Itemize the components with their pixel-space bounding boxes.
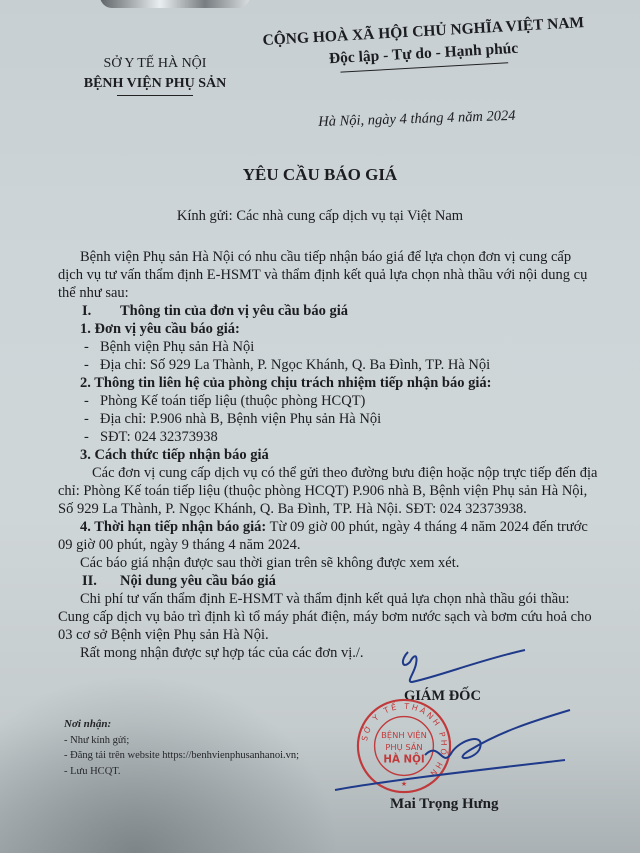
section-2-text: Chi phí tư vấn thẩm định E-HSMT và thẩm … xyxy=(58,590,598,644)
section-2-heading: II.Nội dung yêu cầu báo giá xyxy=(58,572,598,590)
issuer-header: SỞ Y TẾ HÀ NỘI BỆNH VIỆN PHỤ SẢN xyxy=(70,54,240,96)
svg-text:BỆNH VIỆN: BỆNH VIỆN xyxy=(381,729,427,741)
recipient-item: - Đăng tải trên website https://benhvien… xyxy=(64,748,299,764)
organization-name: BỆNH VIỆN PHỤ SẢN xyxy=(70,74,240,94)
document-body: Bệnh viện Phụ sản Hà Nội có nhu cầu tiếp… xyxy=(58,248,598,662)
addressee: Kính gửi: Các nhà cung cấp dịch vụ tại V… xyxy=(0,208,640,225)
recipients-heading: Nơi nhận: xyxy=(64,717,299,733)
list-item: -Phòng Kế toán tiếp liệu (thuộc phòng HC… xyxy=(58,392,598,410)
item-1-heading: 1. Đơn vị yêu cầu báo giá: xyxy=(58,320,598,338)
recipients-block: Nơi nhận: - Như kính gửi; - Đăng tải trê… xyxy=(64,717,299,779)
svg-text:PHỤ SẢN: PHỤ SẢN xyxy=(385,741,422,752)
document-title: YÊU CẦU BÁO GIÁ xyxy=(0,165,640,185)
list-item: -SĐT: 024 32373938 xyxy=(58,428,598,446)
svg-text:★: ★ xyxy=(401,780,407,788)
paper-clip xyxy=(100,0,250,8)
item-4-label: 4. Thời hạn tiếp nhận báo giá: xyxy=(80,519,266,535)
signer-name: Mai Trọng Hưng xyxy=(390,796,498,813)
place-date: Hà Nội, ngày 4 tháng 4 năm 2024 xyxy=(318,108,516,131)
intro-paragraph: Bệnh viện Phụ sản Hà Nội có nhu cầu tiếp… xyxy=(58,248,598,302)
item-3-text: Các đơn vị cung cấp dịch vụ có thể gửi t… xyxy=(58,464,598,518)
closing-line: Rất mong nhận được sự hợp tác của các đơ… xyxy=(58,644,598,662)
list-item: -Bệnh viện Phụ sản Hà Nội xyxy=(58,338,598,356)
svg-text:HÀ NỘI: HÀ NỘI xyxy=(383,753,424,766)
national-header: CỘNG HOÀ XÃ HỘI CHỦ NGHĨA VIỆT NAM Độc l… xyxy=(262,12,584,77)
department-name: SỞ Y TẾ HÀ NỘI xyxy=(70,54,240,74)
section-1-heading: I.Thông tin của đơn vị yêu cầu báo giá xyxy=(58,302,598,320)
header-underline xyxy=(117,95,193,96)
official-stamp: SỞ Y TẾ THÀNH PHỐ HN BỆNH VIỆN PHỤ SẢN H… xyxy=(355,697,453,795)
stamp-seal-icon: SỞ Y TẾ THÀNH PHỐ HN BỆNH VIỆN PHỤ SẢN H… xyxy=(355,697,453,795)
item-4-paragraph: 4. Thời hạn tiếp nhận báo giá: Từ 09 giờ… xyxy=(58,518,598,554)
list-item: -Địa chỉ: P.906 nhà B, Bệnh viện Phụ sản… xyxy=(58,410,598,428)
list-item: -Địa chỉ: Số 929 La Thành, P. Ngọc Khánh… xyxy=(58,356,598,374)
item-4-note: Các báo giá nhận được sau thời gian trên… xyxy=(58,554,598,572)
recipient-item: - Lưu HCQT. xyxy=(64,764,299,780)
item-3-heading: 3. Cách thức tiếp nhận báo giá xyxy=(58,446,598,464)
recipient-item: - Như kính gửi; xyxy=(64,733,299,749)
item-2-heading: 2. Thông tin liên hệ của phòng chịu trác… xyxy=(58,374,598,392)
document-page: SỞ Y TẾ HÀ NỘI BỆNH VIỆN PHỤ SẢN CỘNG HO… xyxy=(0,0,640,853)
